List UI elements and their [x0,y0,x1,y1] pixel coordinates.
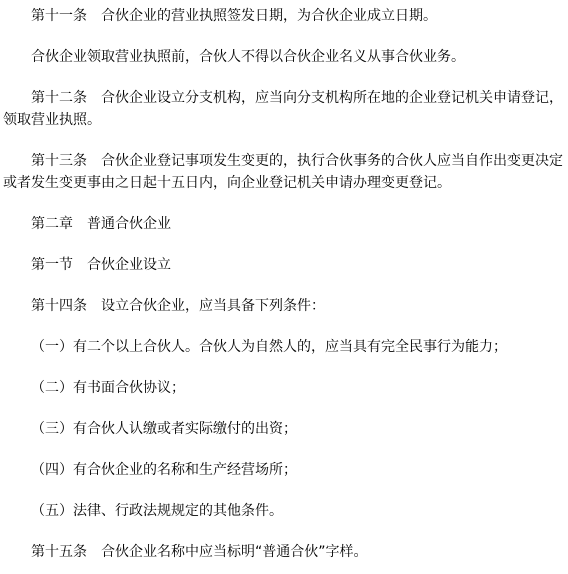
paragraph-article-15: 第十五条 合伙企业名称中应当标明“普通合伙”字样。 [3,541,565,563]
paragraph-article-11-cont: 合伙企业领取营业执照前，合伙人不得以合伙企业名义从事合伙业务。 [3,46,565,68]
section-1-heading: 第一节 合伙企业设立 [3,254,565,276]
paragraph-article-13: 第十三条 合伙企业登记事项发生变更的，执行合伙事务的合伙人应当自作出变更决定或者… [3,150,565,194]
paragraph-article-14-item-3: （三）有合伙人认缴或者实际缴付的出资； [3,418,565,440]
document-body: 第十一条 合伙企业的营业执照签发日期，为合伙企业成立日期。 合伙企业领取营业执照… [0,5,568,563]
paragraph-article-14: 第十四条 设立合伙企业，应当具备下列条件： [3,295,565,317]
paragraph-article-14-item-5: （五）法律、行政法规规定的其他条件。 [3,500,565,522]
paragraph-article-11: 第十一条 合伙企业的营业执照签发日期，为合伙企业成立日期。 [3,5,565,27]
paragraph-article-14-item-2: （二）有书面合伙协议； [3,377,565,399]
paragraph-article-12: 第十二条 合伙企业设立分支机构，应当向分支机构所在地的企业登记机关申请登记，领取… [3,87,565,131]
chapter-2-heading: 第二章 普通合伙企业 [3,213,565,235]
paragraph-article-14-item-1: （一）有二个以上合伙人。合伙人为自然人的，应当具有完全民事行为能力； [3,336,565,358]
paragraph-article-14-item-4: （四）有合伙企业的名称和生产经营场所； [3,459,565,481]
